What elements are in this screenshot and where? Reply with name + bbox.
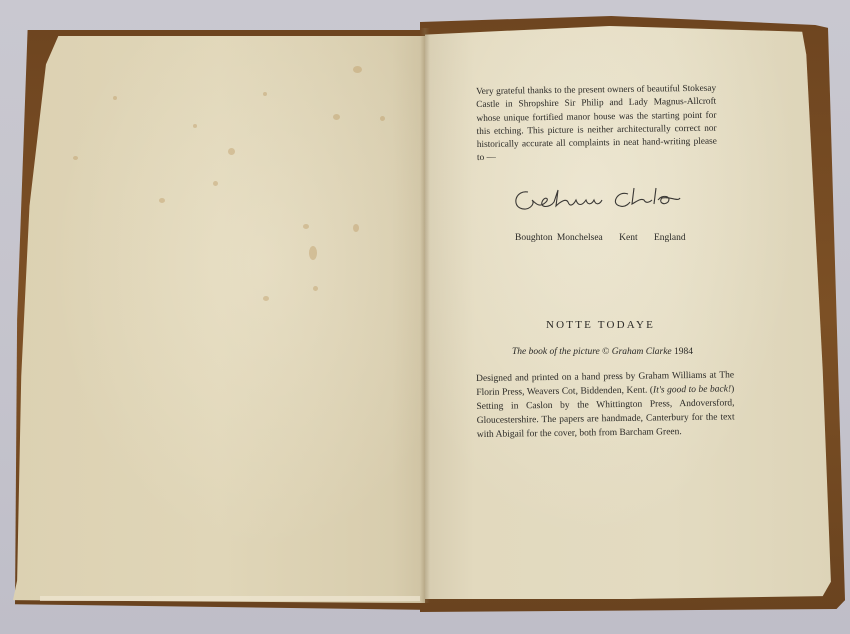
foxing-spot bbox=[333, 114, 340, 120]
colophon-paragraph: Designed and printed on a hand press by … bbox=[476, 368, 735, 442]
foxing-spot bbox=[213, 181, 218, 186]
colophon-italic: It's good to be back! bbox=[653, 384, 731, 395]
subtitle-author: Graham Clarke bbox=[612, 347, 672, 357]
foxing-spot bbox=[353, 224, 359, 232]
book-title: NOTTE TODAYE bbox=[546, 319, 655, 331]
address-country: England bbox=[654, 233, 686, 243]
address-county: Kent bbox=[619, 233, 637, 243]
foxing-spot bbox=[73, 156, 78, 160]
book-subtitle: The book of the picture © Graham Clarke … bbox=[512, 347, 693, 357]
left-page bbox=[13, 36, 425, 603]
book-gutter bbox=[420, 28, 430, 603]
foxing-spot bbox=[309, 246, 317, 260]
foxing-spot bbox=[113, 96, 117, 100]
foxing-spot bbox=[380, 116, 385, 121]
foxing-spot bbox=[228, 148, 235, 155]
address-place: Boughton Monchelsea bbox=[515, 233, 603, 243]
deckle-edge bbox=[40, 596, 420, 601]
handwritten-signature bbox=[510, 182, 690, 218]
foxing-spot bbox=[263, 92, 267, 96]
photo-scene: Very grateful thanks to the present owne… bbox=[0, 0, 850, 634]
acknowledgement-paragraph: Very grateful thanks to the present owne… bbox=[476, 83, 717, 166]
foxing-spot bbox=[263, 296, 269, 301]
address-line: Boughton Monchelsea Kent England bbox=[515, 233, 686, 243]
foxing-spot bbox=[353, 66, 362, 73]
copyright-symbol: © bbox=[602, 347, 609, 357]
foxing-spot bbox=[313, 286, 318, 291]
subtitle-italic: The book of the picture bbox=[512, 347, 600, 357]
subtitle-year: 1984 bbox=[674, 347, 693, 357]
foxing-spot bbox=[159, 198, 165, 203]
foxing-spot bbox=[303, 224, 309, 229]
foxing-spot bbox=[193, 124, 197, 128]
